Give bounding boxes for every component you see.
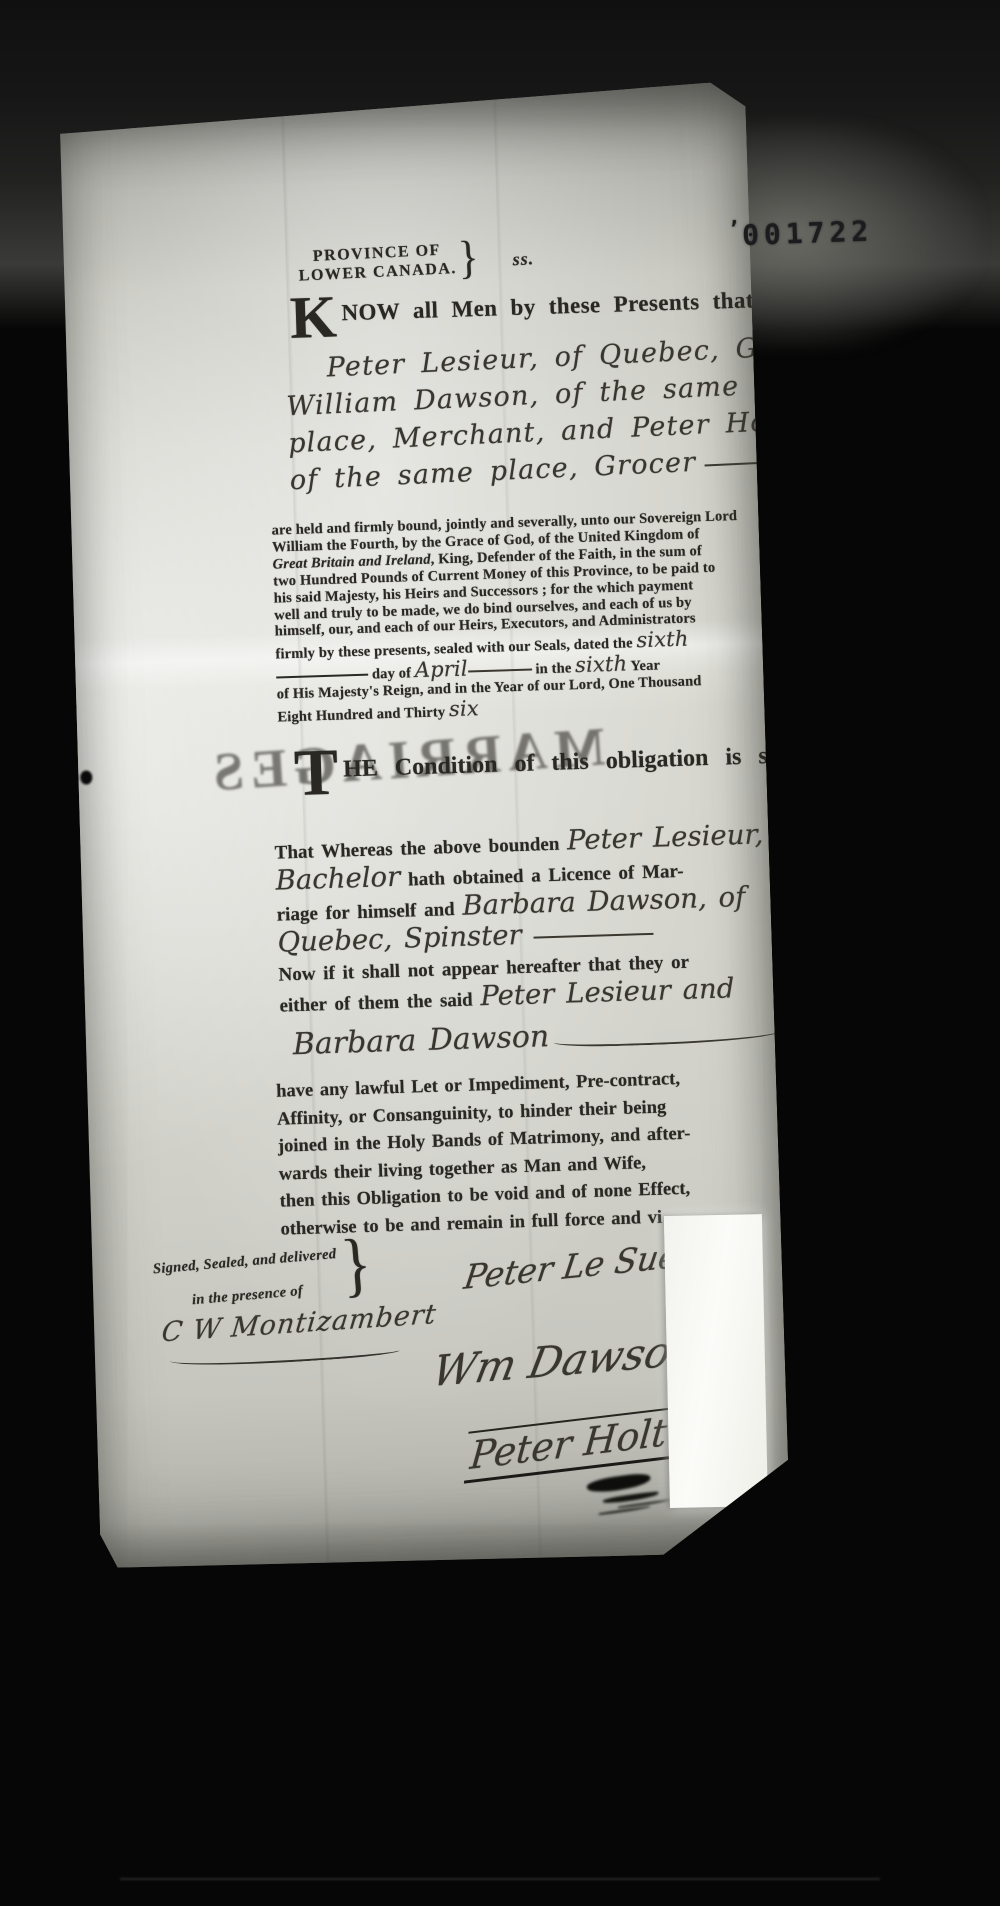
printed-segment: Year (627, 658, 660, 675)
printed-segment (276, 674, 368, 679)
opening-text: NOW all Men by these Presents that we (341, 278, 795, 326)
text-line: Barbara Dawson (280, 1015, 781, 1064)
stamp-number: 001722 (742, 214, 874, 252)
flourish-rule (704, 461, 782, 467)
handwritten-parties: Peter Lesieur, of Quebec, Grocer, Willia… (284, 330, 760, 499)
handwritten-segment: Barbara Dawson (292, 1019, 550, 1062)
handwritten-segment: Quebec, Spinster (277, 919, 534, 959)
flourish-tail (553, 1023, 783, 1048)
handwritten-segment: Peter Lesieur, (566, 818, 763, 856)
ink-spot (80, 770, 92, 784)
white-repair-patch (664, 1214, 768, 1508)
dropcap-k: K (289, 292, 337, 341)
printed-segment: day of (368, 665, 415, 682)
province-header: PROVINCE OF LOWER CANADA. } ss. (297, 236, 534, 285)
printed-segment (533, 933, 653, 939)
whereas-clause: That Whereas the above bounden Peter Les… (274, 821, 781, 1064)
attestation-brace: } (338, 1229, 374, 1309)
handwritten-segment: six (449, 695, 480, 721)
jurat-ss: ss. (512, 248, 535, 270)
handwritten-segment: sixth (575, 651, 628, 678)
printed-segment: either of them the said (279, 989, 480, 1016)
document-page: MARRIAGES PROVINCE OF LOWER CANADA. } ss… (55, 82, 791, 1573)
serial-number-stamp: ’001722 (727, 211, 873, 252)
frame-bottom-line (120, 1878, 880, 1880)
printed-segment: Eight Hundred and Thirty (277, 704, 449, 725)
ink-blot (586, 1472, 651, 1495)
dropcap-t: T (293, 747, 339, 800)
stamp-tick-mark: ’ (727, 216, 740, 240)
signature-wm-dawson: Wm Dawson (428, 1324, 702, 1396)
signature-peter-holt: Peter Holt (464, 1407, 679, 1484)
printed-segment (468, 669, 532, 673)
handwritten-segment: April (414, 656, 468, 683)
handwritten-segment: Bachelor (275, 861, 401, 897)
header-brace: } (457, 237, 479, 280)
handwritten-segment: Peter Lesieur and (480, 972, 735, 1012)
printed-segment: in the (531, 660, 575, 677)
handwritten-segment: sixth (636, 626, 689, 653)
bond-clause: are held and firmly bound, jointly and s… (271, 507, 759, 726)
